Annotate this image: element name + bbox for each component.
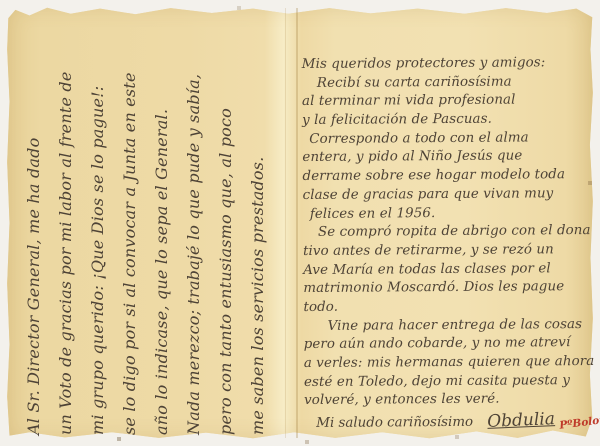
letter-line: se lo digo por si al convocar a Junta en… <box>114 5 146 443</box>
letter-signature: Obdulia <box>487 409 555 432</box>
letter-line: matrimonio Moscardó. Dios les pague <box>303 278 595 299</box>
letter-line: todo. <box>303 297 595 318</box>
letter-line: Se compró ropita de abrigo con el dona <box>303 222 595 243</box>
letter-salutation: Mis queridos protectores y amigos: <box>302 54 594 75</box>
letter-line: tivo antes de retirarme, y se rezó un <box>303 241 595 262</box>
letter-line: derrame sobre ese hogar modelo toda <box>302 166 594 187</box>
letter-line: Recibí su carta cariñosísima <box>302 73 594 94</box>
letter-line: felices en el 1956. <box>303 203 595 224</box>
letter-line: Nada merezco; trabajé lo que pude y sabí… <box>178 5 210 443</box>
page-fold-seam <box>296 8 298 438</box>
letter-line: pero con tanto entusiasmo que, al poco <box>210 5 242 443</box>
letter-right-page: Mis queridos protectores y amigos: Recib… <box>302 54 597 434</box>
letter-line: esté en Toledo, dejo mi casita puesta y <box>304 372 596 393</box>
paper-age-specks <box>0 0 2 2</box>
page-fold-seam <box>285 8 286 438</box>
letter-line: pero aún ando cobarde, y no me atreví <box>304 334 596 355</box>
letter-line: Vine para hacer entrega de las cosas <box>304 316 596 337</box>
letter-signature-red-stamp: PºBolonio <box>558 412 600 431</box>
letter-line: mi grupo querido: ¡Que Dios se lo pague!… <box>82 5 114 443</box>
letter-closing-row: Mi saludo cariñosísimo Obdulia PºBolonio <box>304 410 596 434</box>
letter-line: al terminar mi vida profesional <box>302 91 594 112</box>
letter-left-page: Al Sr. Director General, me ha dado un V… <box>18 5 274 443</box>
letter-line: me saben los servicios prestados. <box>242 5 274 443</box>
letter-line: Ave María en todas las clases por el <box>303 260 595 281</box>
letter-line: a verles: mis hermanas quieren que ahora <box>304 353 596 374</box>
letter-scan: Al Sr. Director General, me ha dado un V… <box>0 0 600 446</box>
letter-line: año lo indicase, que lo sepa el General. <box>146 5 178 443</box>
letter-closing: Mi saludo cariñosísimo <box>316 415 473 431</box>
letter-line: volveré, y entonces les veré. <box>304 390 596 411</box>
letter-line: un Voto de gracias por mi labor al frent… <box>50 5 82 443</box>
letter-line: y la felicitación de Pascuas. <box>302 110 594 131</box>
letter-line: Correspondo a todo con el alma <box>302 129 594 150</box>
letter-line: clase de gracias para que vivan muy <box>303 185 595 206</box>
letter-line: entera, y pido al Niño Jesús que <box>302 147 594 168</box>
letter-line: Al Sr. Director General, me ha dado <box>18 5 50 443</box>
